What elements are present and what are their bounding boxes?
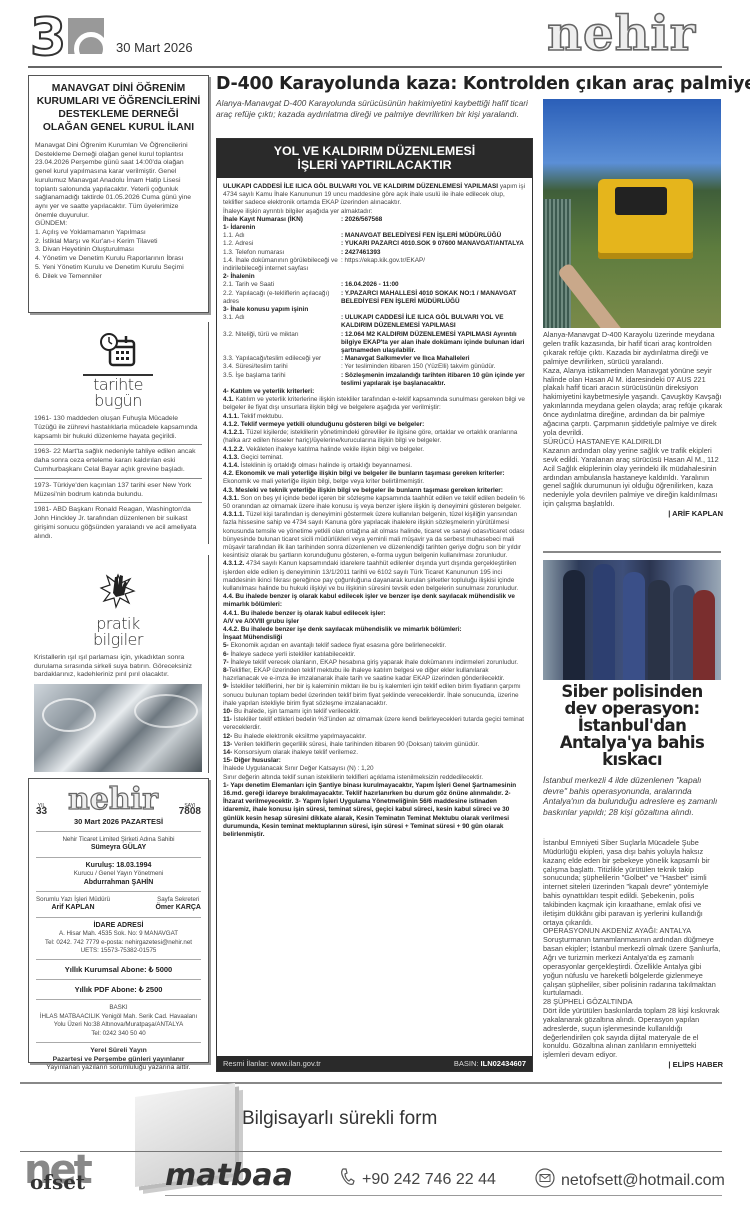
imprint-founder: Kuruluş: 18.03.1994 Kurucu / Genel Yayın… (36, 858, 201, 892)
tender-clause: 4.3.1. Son on beş yıl içinde bedel içere… (223, 495, 526, 511)
hand-star-icon (96, 567, 140, 611)
history-item: 1973- Türkiye'den kaçırılan 137 tarihi e… (34, 482, 202, 504)
official-ads-link[interactable]: Resmi İlanlar: www.ilan.gov.tr (223, 1059, 321, 1068)
email-icon (535, 1168, 555, 1193)
imprint-masthead: nehir (68, 785, 158, 815)
tender-clause: 4.4.1. Bu ihalede benzer iş olarak kabul… (223, 610, 526, 618)
agenda-item: 4. Yönetim ve Denetim Kurulu Raporlarını… (35, 255, 202, 264)
tender-clauses: 4- Katılım ve yeterlik kriterleri:4.1. K… (223, 388, 526, 839)
agenda-item: 6. Dilek ve Temenniler (35, 273, 202, 282)
pdf-subscription: Yıllık PDF Abone: ₺ 2500 (36, 980, 201, 1000)
tender-body: ULUKAPI CADDESİ İLE ILICA GÖL BULVARI YO… (217, 178, 532, 844)
imprint-year: YIL33 (36, 803, 47, 815)
tender-clause: 5- Ekonomik açıdan en avantajlı teklif s… (223, 642, 526, 650)
lead-deck: Alanya-Manavgat D-400 Karayolunda sürücü… (216, 98, 532, 120)
lead-headline: D-400 Karayolunda kaza: Kontrolden çıkan… (216, 74, 750, 94)
today-in-history: tarihte bugün 1961- 130 maddeden oluşan … (28, 322, 209, 544)
tender-clause: 4.1. Katılım ve yeterlik kriterlerine il… (223, 396, 526, 412)
history-item: 1981- ABD Başkanı Ronald Reagan, Washing… (34, 506, 202, 544)
tender-clause: Ekonomik ve mali yeterliğe ilişkin bilgi… (223, 478, 526, 486)
imprint-date: 30 Mart 2026 PAZARTESİ (36, 815, 201, 832)
tender-clause: 11- İstekliler teklif ettikleri bedelin … (223, 716, 526, 732)
ad-email[interactable]: netofsett@hotmail.com (535, 1168, 725, 1193)
tender-clause: 4.4.2. Bu ihalede benzer işe denk sayıla… (223, 626, 526, 634)
tender-clause: 4.2. Ekonomik ve mali yeterliğe ilişkin … (223, 470, 526, 478)
association-notice: MANAVGAT DİNİ ÖĞRENİM KURUMLARI VE ÖĞREN… (28, 75, 209, 313)
tender-clause: Sınır değerin altında teklif sunan istek… (223, 774, 526, 782)
header-divider (28, 66, 722, 68)
imprint-issue: SAYI7808 (179, 803, 201, 815)
history-title: tarihte bugün (83, 374, 153, 409)
practical-tips: pratik bilgiler Kristallerin ışıl ışıl p… (28, 555, 209, 773)
tender-clause: 4.1.2.1. Tüzel kişilerde; isteklilerin y… (223, 429, 526, 445)
second-headline: Siber polisinden dev operasyon: İstanbul… (543, 683, 721, 768)
tender-clause: 10- Bu ihalede, işin tamamı için teklif … (223, 708, 526, 716)
masthead-logo: nehir (547, 8, 696, 60)
tender-clause: 4.1.1. Teklif mektubu. (223, 413, 526, 421)
tender-clause: 14- Konsorsiyum olarak ihaleye teklif ve… (223, 749, 526, 757)
ad-middle-divider (20, 1151, 722, 1152)
imprint-printer: BASKI İHLAS MATBAACILIK Yenigöl Mah. Ser… (36, 1000, 201, 1043)
agenda-item: 5. Yeni Yönetim Kurulu ve Denetim Kurulu… (35, 264, 202, 273)
tender-clause: 4.3.1.1. Tüzel kişi tarafından iş deneyi… (223, 511, 526, 560)
tender-clause: 6- İhaleye sadece yerli istekliler katıl… (223, 651, 526, 659)
second-story-body: İstanbul Emniyeti Siber Suçlarla Mücadel… (543, 839, 723, 1070)
ad-phone[interactable]: +90 242 746 22 44 (340, 1168, 496, 1191)
tender-clause: A/V ve A/XVIII grubu işler (223, 618, 526, 626)
tender-clause: 4.3. Mesleki ve teknik yeterliğe ilişkin… (223, 487, 526, 495)
imprint-owner: Nehir Ticaret Limited Şirketi Adına Sahi… (36, 832, 201, 858)
lead-story-body: Alanya-Manavgat D-400 Karayolu üzerinde … (543, 331, 723, 519)
corporate-subscription: Yıllık Kurumsal Abone: ₺ 5000 (36, 960, 201, 980)
tender-clause: 4.1.4. İsteklinin iş ortaklığı olması ha… (223, 462, 526, 470)
history-item: 1961- 130 maddeden oluşan Fuhuşla Mücade… (34, 415, 202, 445)
imprint-box: YIL33 nehir SAYI7808 30 Mart 2026 PAZART… (28, 778, 209, 1063)
story-divider (543, 551, 721, 553)
tender-clause: 13- Verilen tekliflerin geçerlilik süres… (223, 741, 526, 749)
lead-byline: | ARİF KAPLAN (543, 510, 723, 519)
tender-clause: 4.1.3. Geçici teminat. (223, 454, 526, 462)
imprint-address: İDARE ADRESİ A. Hisar Mah. 4535 Sok. No:… (36, 918, 201, 961)
tender-clause: İnşaat Mühendisliği (223, 634, 526, 642)
tender-notice: YOL VE KALDIRIM DÜZENLEMESİ İŞLERİ YAPTI… (216, 138, 533, 1072)
police-escorting-suspects-photo (543, 560, 721, 680)
agenda-item: 2. İstiklal Marşı ve Kur'an-ı Kerim Tila… (35, 238, 202, 247)
second-deck: İstanbul merkezli 4 ilde düzenlenen "kap… (543, 775, 723, 817)
tender-footer: Resmi İlanlar: www.ilan.gov.tr BASIN: IL… (217, 1056, 532, 1071)
tender-clause: 4.1.2. Teklif vermeye yetkili olunduğunu… (223, 421, 526, 429)
tender-clause: 4.3.1.2. 4734 sayılı Kanun kapsamındaki … (223, 560, 526, 593)
press-code: BASIN: ILN02434607 (454, 1059, 526, 1068)
ad-top-divider (20, 1082, 722, 1084)
phone-icon (340, 1168, 356, 1191)
ad-logo-ofset: ofset (30, 1170, 85, 1194)
ad-logo-matbaa: matbaa (165, 1158, 293, 1193)
tender-clause: 9- İstekliler tekliflerini, her bir iş k… (223, 683, 526, 708)
tender-title: YOL VE KALDIRIM DÜZENLEMESİ İŞLERİ YAPTI… (217, 139, 532, 178)
imprint-footer: Yerel Süreli Yayın Pazartesi ve Perşembe… (36, 1043, 201, 1073)
imprint-staff: Sorumlu Yazı İşleri MüdürüArif KAPLAN Sa… (36, 892, 201, 918)
agenda-item: 1. Açılış ve Yoklamamanın Yapılması (35, 229, 202, 238)
ad-bottom-divider (165, 1195, 722, 1196)
tender-clause: 8-Teklifler, EKAP üzerinden teklif mektu… (223, 667, 526, 683)
page-number: 3 (30, 14, 66, 62)
notice-body: Manavgat Dini Öğrenim Kurumları Ve Öğren… (35, 142, 202, 220)
tender-clause: 4.1.2.2. Vekâleten ihaleye katılma halin… (223, 446, 526, 454)
ad-title: Bilgisayarlı sürekli form (242, 1108, 437, 1130)
crystal-glassware-photo (34, 684, 202, 772)
tender-clause: 12- Bu ihalede elektronik eksiltme yapıl… (223, 733, 526, 741)
tender-clause: İhalede Uygulanacak Sınır Değer Katsayıs… (223, 765, 526, 773)
calendar-clock-icon (98, 330, 138, 370)
history-item: 1963- 22 Mart'ta sağlık nedeniyle tahliy… (34, 448, 202, 478)
header-date: 30 Mart 2026 (116, 40, 193, 55)
practical-text: Kristallerin ışıl ışıl parlaması için, y… (34, 654, 202, 680)
second-byline: | ELİPS HABER (543, 1061, 723, 1070)
practical-title: pratik bilgiler (70, 615, 166, 648)
tender-clause: 4.4. Bu ihalede benzer iş olarak kabul e… (223, 593, 526, 609)
notice-agenda: 1. Açılış ve Yoklamamanın Yapılması 2. İ… (35, 229, 202, 281)
section-arch-icon (68, 18, 104, 54)
yellow-van-fallen-palm-photo (543, 99, 721, 328)
notice-agenda-label: GÜNDEM: (35, 220, 202, 229)
tender-clause: 4- Katılım ve yeterlik kriterleri: (223, 388, 526, 396)
tender-clause: 7- İhaleye teklif verecek olanların, EKA… (223, 659, 526, 667)
agenda-item: 3. Divan Heyetinin Oluşturulması (35, 246, 202, 255)
notice-title: MANAVGAT DİNİ ÖĞRENİM KURUMLARI VE ÖĞREN… (35, 82, 202, 134)
tender-clause: 1- Yapı denetim Elemanları için Şantiye … (223, 782, 526, 839)
